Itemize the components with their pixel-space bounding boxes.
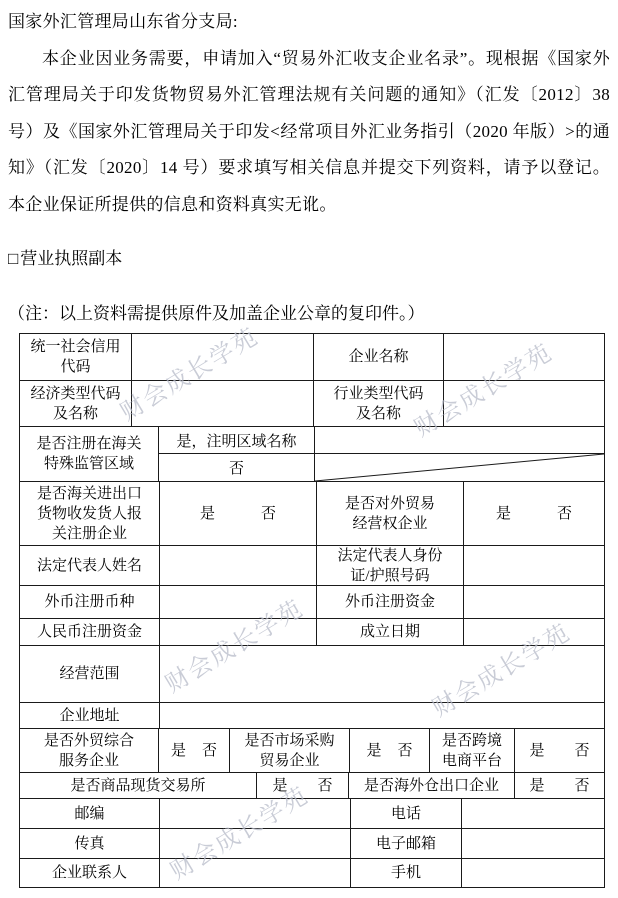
business-license-item: □营业执照副本 — [8, 248, 122, 270]
no-option: 否 — [398, 741, 413, 761]
no-option: 否 — [202, 741, 217, 761]
customs-registered-label-cell: 是否海关进出口 货物收发货人报 关注册企业 — [20, 482, 159, 545]
customs-zone-name-value-cell — [314, 427, 604, 453]
table-row: 是否外贸综合 服务企业 是否 是否市场采购 贸易企业 是否 是否跨境 电商平台 … — [20, 728, 604, 772]
credit-code-value-cell — [131, 334, 313, 380]
foreign-currency-label-cell: 外币注册币种 — [20, 586, 159, 618]
established-date-label-cell: 成立日期 — [316, 619, 463, 645]
legal-rep-name-label-cell: 法定代表人姓名 — [20, 546, 159, 585]
no-option: 否 — [261, 504, 276, 524]
diagonal-line — [315, 454, 604, 481]
no-option: 否 — [575, 776, 590, 796]
legal-rep-id-value-cell — [463, 546, 604, 585]
company-address-label-cell: 企业地址 — [20, 703, 159, 728]
econ-type-value-cell — [131, 381, 313, 426]
table-row: 法定代表人姓名 法定代表人身份 证/护照号码 — [20, 545, 604, 585]
customs-zone-options: 是，注明区域名称 否 — [158, 427, 604, 481]
table-row: 经营范围 — [20, 645, 604, 702]
company-address-value-cell — [159, 703, 604, 728]
legal-rep-id-label-cell: 法定代表人身份 证/护照号码 — [316, 546, 463, 585]
note-text: （注：以上资料需提供原件及加盖企业公章的复印件。） — [8, 303, 425, 325]
table-row: 统一社会信用 代码 企业名称 — [20, 334, 604, 380]
industry-type-value-cell — [443, 381, 604, 426]
table-row: 是否海关进出口 货物收发货人报 关注册企业 是否 是否对外贸易 经营权企业 是否 — [20, 481, 604, 545]
yes-option: 是 — [171, 741, 186, 761]
yes-option: 是 — [529, 776, 544, 796]
fax-label-cell: 传真 — [20, 829, 159, 858]
mobile-label-cell: 手机 — [350, 859, 461, 887]
foreign-capital-value-cell — [463, 586, 604, 618]
table-row: 经济类型代码 及名称 行业类型代码 及名称 — [20, 380, 604, 426]
customs-registered-yn-cell: 是否 — [159, 482, 316, 545]
credit-code-label-cell: 统一社会信用 代码 — [20, 334, 131, 380]
rmb-capital-value-cell — [159, 619, 316, 645]
trade-service-label-cell: 是否外贸综合 服务企业 — [20, 729, 158, 772]
table-row: 是否商品现货交易所 是否 是否海外仓出口企业 是否 — [20, 772, 604, 798]
salutation: 国家外汇管理局山东省分支局: — [8, 4, 610, 41]
company-name-value-cell — [443, 334, 604, 380]
no-option: 否 — [575, 741, 590, 761]
econ-type-label-cell: 经济类型代码 及名称 — [20, 381, 131, 426]
yes-option: 是 — [200, 504, 215, 524]
phone-label-cell: 电话 — [350, 799, 461, 828]
business-scope-value-cell — [159, 646, 604, 702]
postcode-label-cell: 邮编 — [20, 799, 159, 828]
contact-label-cell: 企业联系人 — [20, 859, 159, 887]
table-row: 外币注册币种 外币注册资金 — [20, 585, 604, 618]
yes-option: 是 — [272, 776, 287, 796]
table-row: 邮编 电话 — [20, 798, 604, 828]
commodity-exchange-label-cell: 是否商品现货交易所 — [20, 773, 256, 798]
no-option: 否 — [318, 776, 333, 796]
table-row: 传真 电子邮箱 — [20, 828, 604, 858]
customs-zone-no-row: 否 — [159, 453, 604, 481]
overseas-warehouse-label-cell: 是否海外仓出口企业 — [348, 773, 514, 798]
legal-rep-name-value-cell — [159, 546, 316, 585]
yes-option: 是 — [496, 504, 511, 524]
contact-value-cell — [159, 859, 350, 887]
mobile-value-cell — [461, 859, 604, 887]
no-option: 否 — [557, 504, 572, 524]
table-row: 是否注册在海关 特殊监管区域 是，注明区域名称 否 — [20, 426, 604, 481]
yes-option: 是 — [366, 741, 381, 761]
fax-value-cell — [159, 829, 350, 858]
market-procurement-label-cell: 是否市场采购 贸易企业 — [229, 729, 349, 772]
cross-border-ecom-label-cell: 是否跨境 电商平台 — [429, 729, 514, 772]
business-scope-label-cell: 经营范围 — [20, 646, 159, 702]
foreign-currency-value-cell — [159, 586, 316, 618]
customs-zone-yes-cell: 是，注明区域名称 — [159, 427, 314, 453]
table-row: 企业联系人 手机 — [20, 858, 604, 887]
foreign-trade-rights-label-cell: 是否对外贸易 经营权企业 — [316, 482, 463, 545]
postcode-value-cell — [159, 799, 350, 828]
cross-border-ecom-yn-cell: 是否 — [514, 729, 604, 772]
checkbox-icon[interactable]: □ — [8, 248, 18, 270]
foreign-capital-label-cell: 外币注册资金 — [316, 586, 463, 618]
industry-type-label-cell: 行业类型代码 及名称 — [313, 381, 443, 426]
business-license-label: 营业执照副本 — [20, 248, 122, 270]
yes-option: 是 — [529, 741, 544, 761]
phone-value-cell — [461, 799, 604, 828]
email-label-cell: 电子邮箱 — [350, 829, 461, 858]
overseas-warehouse-yn-cell: 是否 — [514, 773, 604, 798]
rmb-capital-label-cell: 人民币注册资金 — [20, 619, 159, 645]
application-paragraph: 本企业因业务需要，申请加入“贸易外汇收支企业名录”。现根据《国家外汇管理局关于印… — [8, 41, 610, 224]
established-date-value-cell — [463, 619, 604, 645]
company-name-label-cell: 企业名称 — [313, 334, 443, 380]
registration-form-table: 统一社会信用 代码 企业名称 经济类型代码 及名称 行业类型代码 及名称 是否注… — [19, 333, 605, 888]
market-procurement-yn-cell: 是否 — [349, 729, 429, 772]
customs-zone-yes-row: 是，注明区域名称 — [159, 427, 604, 453]
document-page: 国家外汇管理局山东省分支局: 本企业因业务需要，申请加入“贸易外汇收支企业名录”… — [0, 0, 618, 898]
table-row: 人民币注册资金 成立日期 — [20, 618, 604, 645]
trade-service-yn-cell: 是否 — [158, 729, 229, 772]
diagonal-strike-cell — [314, 454, 604, 481]
email-value-cell — [461, 829, 604, 858]
customs-zone-no-cell: 否 — [159, 454, 314, 481]
table-row: 企业地址 — [20, 702, 604, 728]
letter-body: 国家外汇管理局山东省分支局: 本企业因业务需要，申请加入“贸易外汇收支企业名录”… — [8, 4, 610, 224]
customs-zone-label-cell: 是否注册在海关 特殊监管区域 — [20, 427, 158, 481]
foreign-trade-rights-yn-cell: 是否 — [463, 482, 604, 545]
commodity-exchange-yn-cell: 是否 — [256, 773, 348, 798]
